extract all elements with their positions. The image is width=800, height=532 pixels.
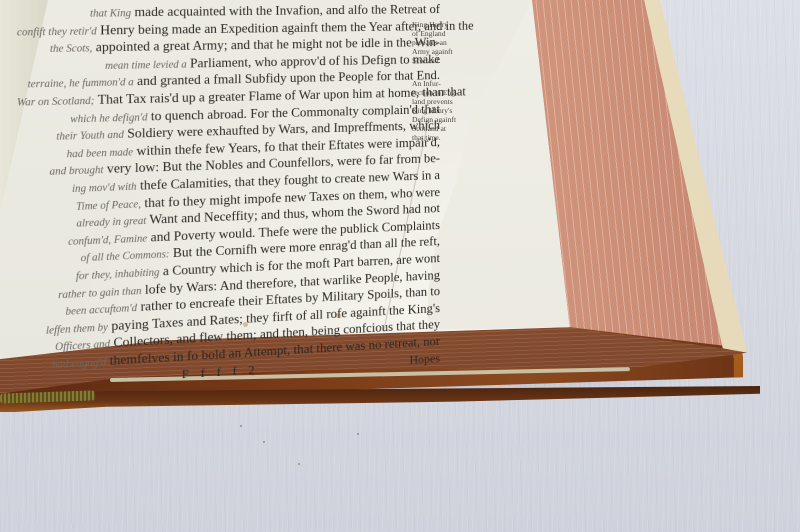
side-lead: had been made [67, 147, 134, 161]
side-lead: rather to gain than [58, 285, 141, 301]
note-line: that time. [412, 133, 472, 142]
margin-note: An Infur- rection in Eng- land prevents … [412, 79, 472, 142]
side-lead: terraine, he fummon'd a [28, 77, 134, 91]
side-lead: and brought [49, 165, 103, 178]
side-lead: had engag'd [52, 357, 106, 372]
side-lead: confift they retir'd [17, 26, 97, 39]
side-lead: Time of Peace, [76, 198, 141, 212]
note-line: An Infur- [412, 79, 472, 88]
note-line: rection in Eng- [412, 88, 472, 97]
side-lead: already in great [76, 216, 146, 230]
table-speck [240, 425, 242, 427]
side-lead: mean time levied a [105, 59, 187, 72]
side-lead: their Youth and [56, 130, 124, 143]
side-lead: been accuftom'd [66, 303, 138, 318]
note-line: Scotland at [412, 124, 472, 133]
side-lead: Officers and [55, 339, 110, 354]
table-speck [298, 463, 300, 465]
side-lead: ing mov'd with [72, 181, 137, 195]
side-lead: leffen them by [46, 322, 108, 337]
page-text-block: that King made acquainted with the Invaf… [17, 2, 440, 393]
side-lead: of all the Commons: [81, 249, 170, 265]
note-line: King Henry's [412, 106, 472, 115]
table-speck [263, 441, 265, 443]
note-line: land prevents [412, 97, 472, 106]
side-lead: that King [90, 8, 131, 20]
side-lead: for they, inhabiting [76, 267, 160, 282]
line-text: made acquainted with the Invafion, and a… [134, 2, 440, 19]
note-line: Scotland. [412, 56, 472, 65]
margin-note: King Henry of England prepares an Army a… [412, 20, 472, 65]
line-text: Parliament, who approv'd of his Defign t… [190, 52, 440, 71]
note-line: Defign againft [412, 115, 472, 124]
note-line: of England [412, 29, 472, 38]
table-speck [357, 433, 359, 435]
side-lead: War on Scotland; [17, 95, 94, 108]
margin-notes: King Henry of England prepares an Army a… [412, 20, 472, 156]
catchword: Hopes [409, 351, 440, 368]
note-line: Army againft [412, 47, 472, 56]
note-line: prepares an [412, 38, 472, 47]
note-line: King Henry [412, 20, 472, 29]
side-lead: confum'd, Famine [68, 233, 147, 248]
side-lead: the Scots, [50, 43, 92, 55]
side-lead: which he defign'd [70, 112, 147, 125]
